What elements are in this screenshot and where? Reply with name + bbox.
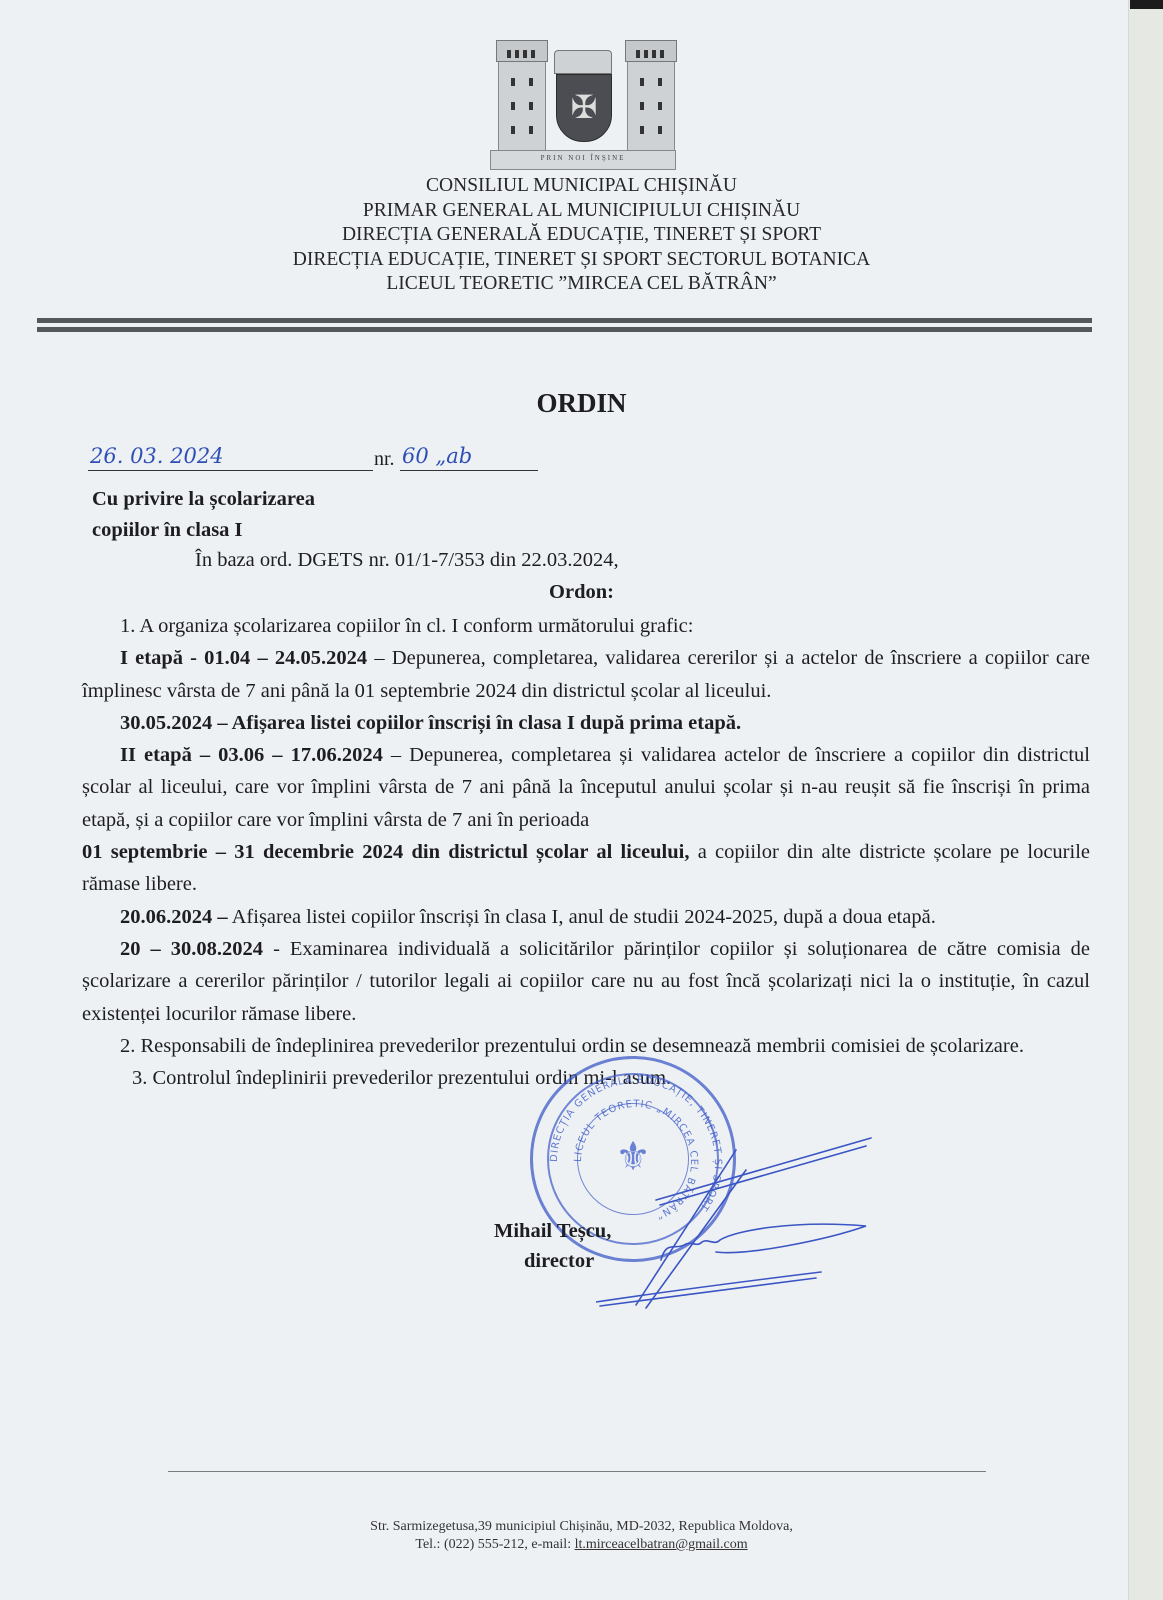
signatory-name: Mihail Teșcu,: [494, 1216, 611, 1246]
document-page: ✠ PRIN NOI ÎNŞINE CONSILIUL MUNICIPAL CH…: [0, 0, 1128, 1600]
eagle-shield-icon: ✠: [556, 74, 612, 142]
subject: Cu privire la școlarizarea copiilor în c…: [92, 484, 315, 546]
scan-corner-shadow: [1130, 0, 1163, 9]
handwritten-number: 60 „ab: [402, 444, 472, 468]
letterhead-line: CONSILIUL MUNICIPAL CHIȘINĂU: [0, 174, 1163, 199]
scan-page-edge: [1128, 0, 1163, 1600]
letterhead-line: DIRECȚIA EDUCAȚIE, TINERET ȘI SPORT SECT…: [0, 248, 1163, 273]
stage-2-dates: II etapă – 03.06 – 17.06.2024: [120, 744, 383, 766]
footer-email-link[interactable]: lt.mirceacelbatran@gmail.com: [575, 1537, 748, 1552]
item-1: 1. A organiza școlarizarea copiilor în c…: [82, 610, 1090, 642]
document-title: ORDIN: [0, 388, 1163, 419]
number-label: nr.: [374, 448, 395, 471]
individual-exam: 20 – 30.08.2024 - Examinarea individuală…: [82, 933, 1090, 1030]
logo-motto: PRIN NOI ÎNŞINE: [491, 154, 675, 162]
signatory-role: director: [494, 1246, 611, 1276]
exam-dates: 20 – 30.08.2024: [120, 938, 263, 960]
subject-line: copiilor în clasa I: [92, 515, 315, 546]
handwritten-date: 26. 03. 2024: [90, 444, 224, 468]
footer-contact: Tel.: (022) 555-212, e-mail: lt.mirceace…: [0, 1536, 1163, 1554]
item-2: 2. Responsabili de îndeplinirea preveder…: [82, 1030, 1090, 1062]
list-2-posting: 20.06.2024 – Afișarea listei copiilor în…: [82, 901, 1090, 933]
list-1-posting: 30.05.2024 – Afișarea listei copiilor în…: [82, 707, 1090, 739]
date-field: 26. 03. 2024: [88, 444, 373, 471]
list-2-date: 20.06.2024 –: [120, 906, 228, 928]
letterhead-line: LICEUL TEORETIC ”MIRCEA CEL BĂTRÂN”: [0, 272, 1163, 297]
motto-banner: PRIN NOI ÎNŞINE: [490, 150, 676, 170]
order-body: 1. A organiza școlarizarea copiilor în c…: [82, 610, 1090, 1094]
stage-1-dates: I etapă - 01.04 – 24.05.2024: [120, 647, 367, 669]
header-divider: [37, 318, 1092, 323]
letterhead-line: PRIMAR GENERAL AL MUNICIPIULUI CHIȘINĂU: [0, 199, 1163, 224]
municipal-coat-of-arms-logo: ✠ PRIN NOI ÎNŞINE: [490, 38, 676, 170]
letterhead-line: DIRECȚIA GENERALĂ EDUCAȚIE, TINERET ȘI S…: [0, 223, 1163, 248]
handwritten-signature: [596, 1130, 876, 1310]
tower-icon: [627, 43, 675, 151]
subject-line: Cu privire la școlarizarea: [92, 484, 315, 515]
stage-2: II etapă – 03.06 – 17.06.2024 – Depunere…: [82, 739, 1090, 900]
number-field: 60 „ab: [400, 444, 538, 471]
date-number-line: 26. 03. 2024 nr. 60 „ab: [88, 444, 548, 474]
ordon-heading: Ordon:: [0, 581, 1163, 604]
letterhead: CONSILIUL MUNICIPAL CHIȘINĂU PRIMAR GENE…: [0, 174, 1163, 297]
list-1-text: 30.05.2024 – Afișarea listei copiilor în…: [120, 712, 741, 734]
stage-1: I etapă - 01.04 – 24.05.2024 – Depunerea…: [82, 642, 1090, 707]
legal-basis: În baza ord. DGETS nr. 01/1-7/353 din 22…: [195, 549, 619, 572]
stage-2-period: 01 septembrie – 31 decembrie 2024 din di…: [82, 841, 689, 863]
tower-icon: [498, 43, 546, 151]
list-2-text: Afișarea listei copiilor înscriși în cla…: [228, 906, 936, 928]
footer: Str. Sarmizegetusa,39 municipiul Chișină…: [0, 1518, 1163, 1554]
footer-phone: Tel.: (022) 555-212, e-mail:: [415, 1537, 574, 1552]
signatory: Mihail Teșcu, director: [494, 1216, 611, 1276]
crown-icon: [554, 50, 612, 74]
footer-address: Str. Sarmizegetusa,39 municipiul Chișină…: [0, 1518, 1163, 1536]
footer-divider: [168, 1471, 986, 1472]
header-divider: [37, 327, 1092, 332]
